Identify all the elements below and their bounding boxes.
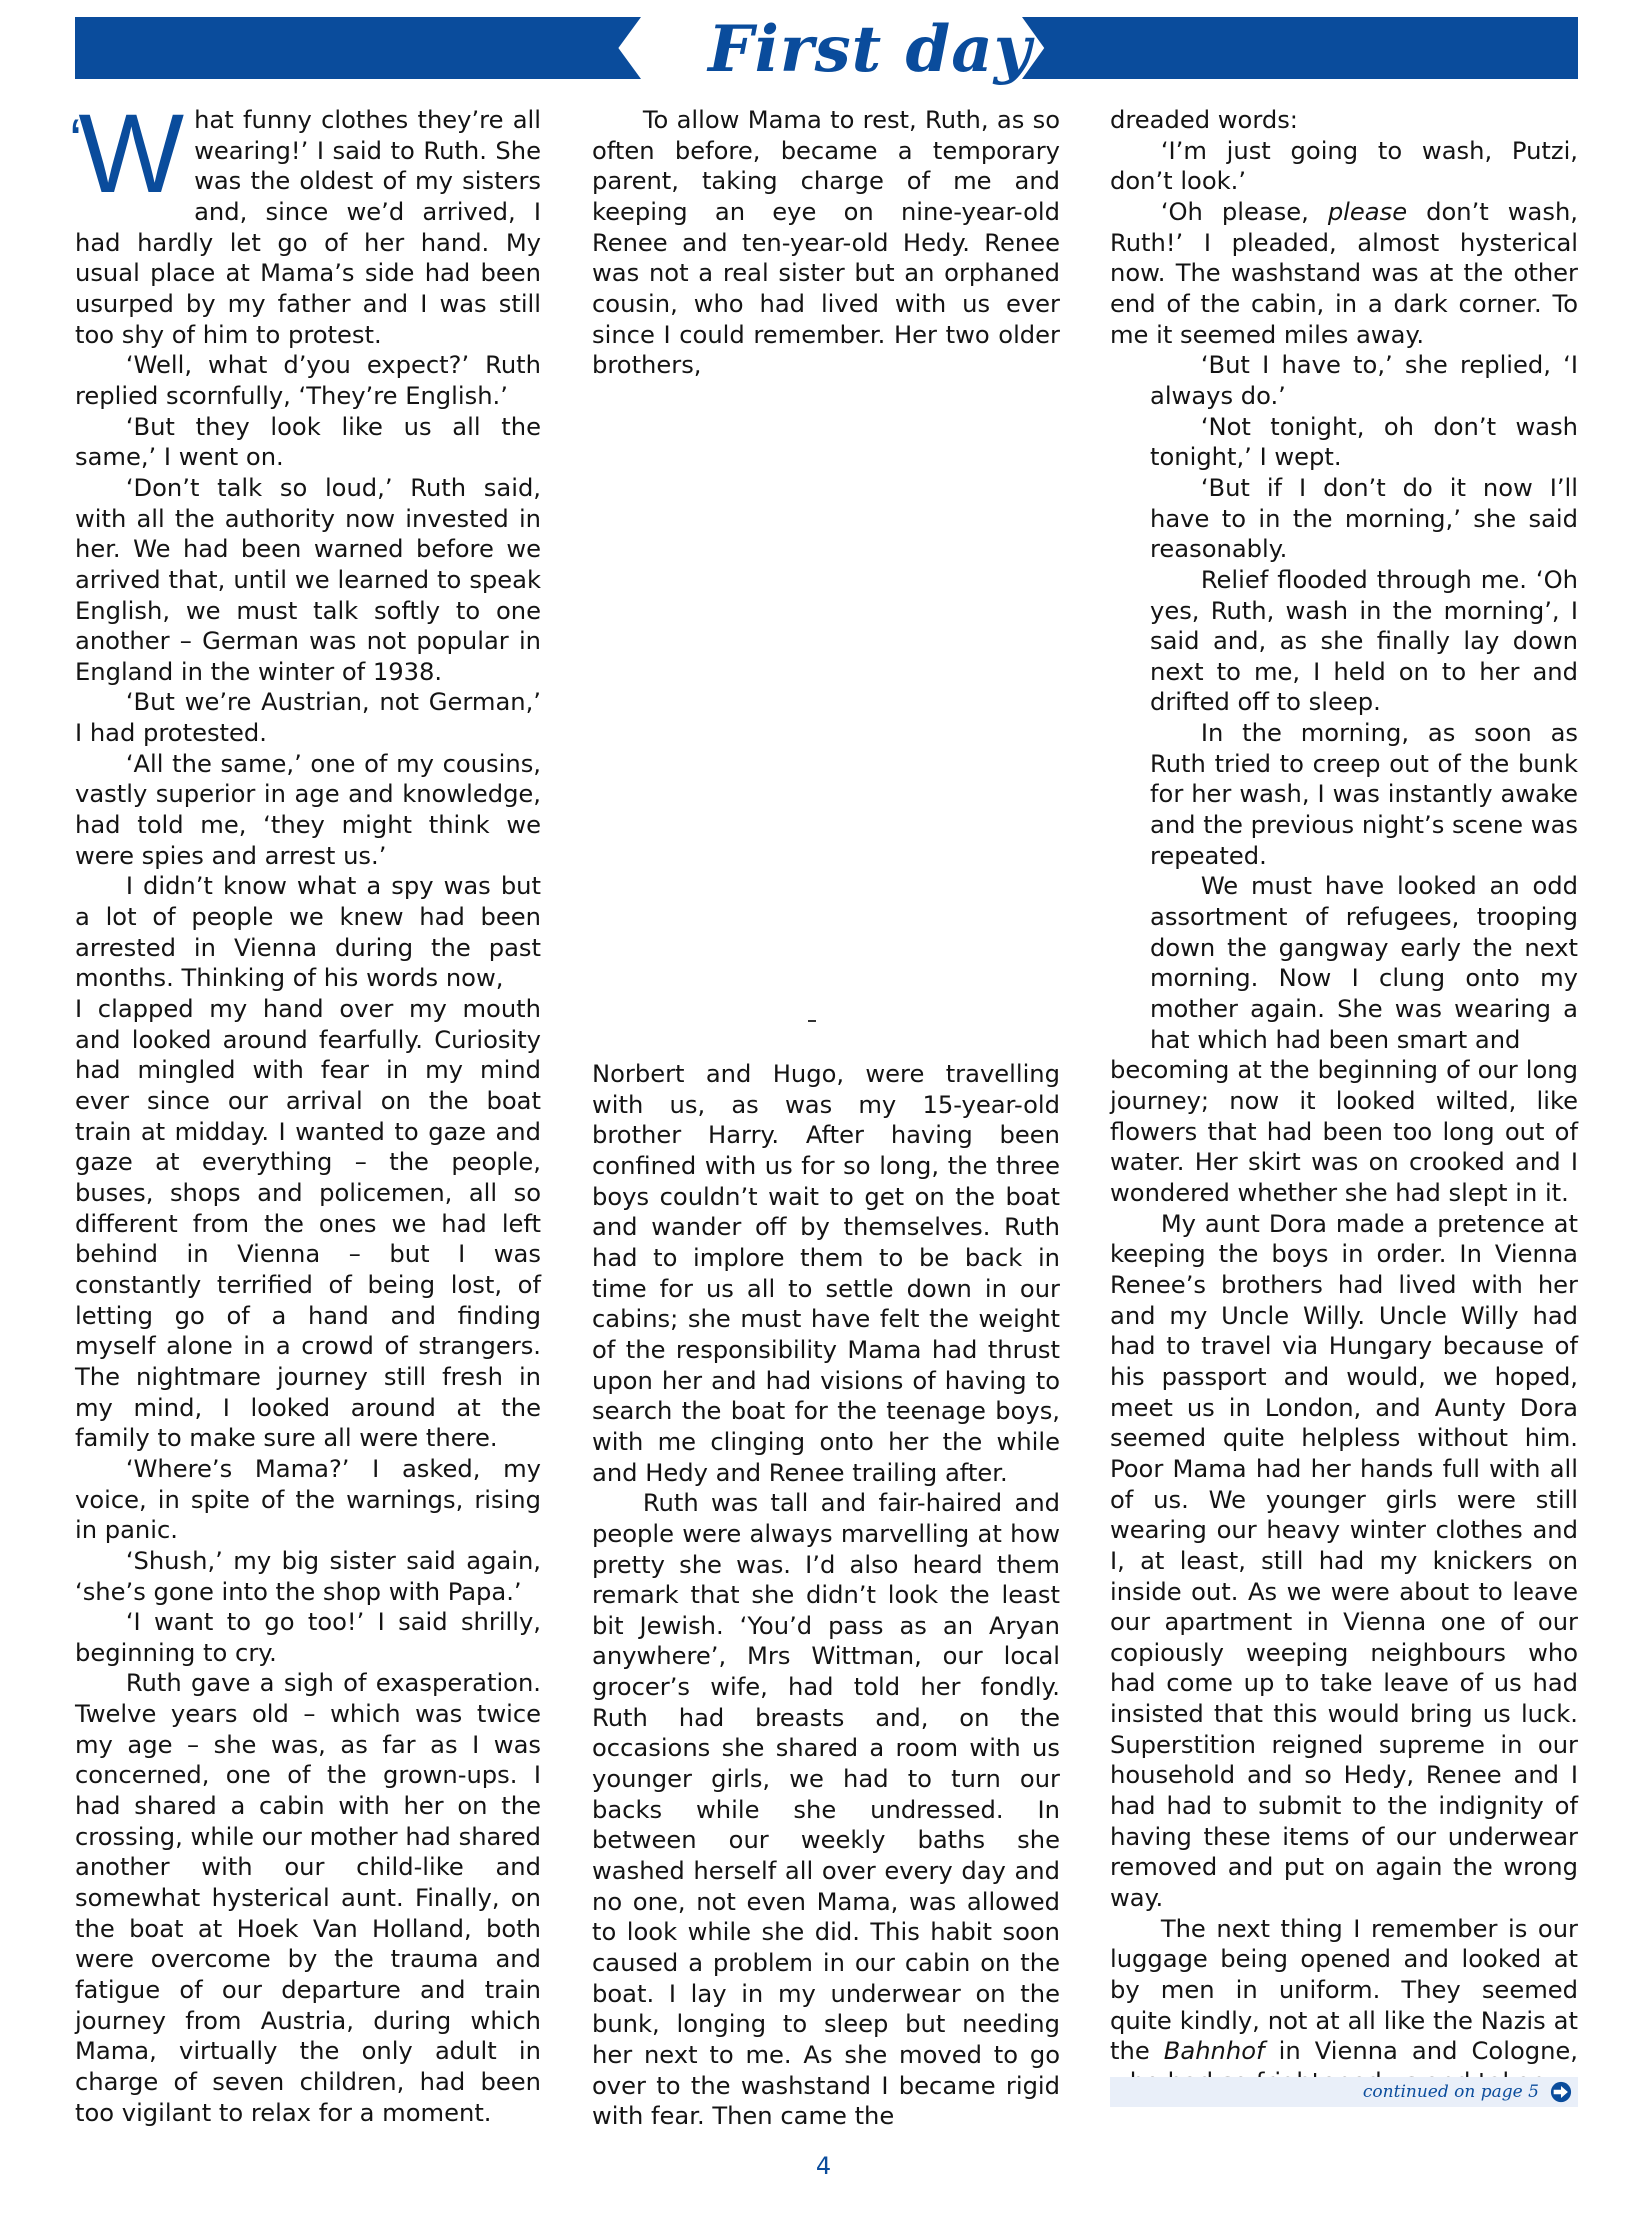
- paragraph: becoming at the beginning of our long jo…: [1110, 1055, 1578, 1208]
- page-title: First day: [675, 5, 1065, 95]
- paragraph: ‘Don’t talk so loud,’ Ruth said, with al…: [75, 473, 541, 688]
- paragraph: ‘Where’s Mama?’ I asked, my voice, in sp…: [75, 1454, 541, 1546]
- page-number: 4: [0, 2152, 1647, 2180]
- drop-cap: ‘W: [69, 111, 184, 197]
- text-wrap-region: ‘But I have to,’ she replied, ‘I always …: [1150, 350, 1578, 1055]
- article-column-3: dreaded words: ‘I’m just going to wash, …: [1110, 105, 1578, 2098]
- arrow-right-circle-icon: [1550, 2081, 1572, 2103]
- paragraph: ‘But I have to,’ she replied, ‘I always …: [1150, 350, 1578, 411]
- paragraph: I clapped my hand over my mouth and look…: [75, 994, 541, 1454]
- paragraph: ‘I want to go too!’ I said shrilly, begi…: [75, 1607, 541, 1668]
- paragraph: Ruth gave a sigh of exasperation. Twelve…: [75, 1668, 541, 2128]
- paragraph: ‘Not tonight, oh don’t wash tonight,’ I …: [1150, 412, 1578, 473]
- paragraph: We must have looked an odd assortment of…: [1150, 871, 1578, 1055]
- continued-on-next-page-link[interactable]: continued on page 5: [1110, 2077, 1578, 2107]
- paragraph: Relief flooded through me. ‘Oh yes, Ruth…: [1150, 565, 1578, 718]
- paragraph: I didn’t know what a spy was but a lot o…: [75, 871, 541, 994]
- paragraph: ‘But if I don’t do it now I’ll have to i…: [1150, 473, 1578, 565]
- paragraph: ‘But we’re Austrian, not German,’ I had …: [75, 687, 541, 748]
- article-column-2-bottom: Norbert and Hugo, were travelling with u…: [592, 1059, 1060, 2132]
- paragraph: ‘But they look like us all the same,’ I …: [75, 412, 541, 473]
- paragraph: In the morning, as soon as Ruth tried to…: [1150, 718, 1578, 871]
- continued-label: continued on page 5: [1363, 2082, 1539, 2102]
- header-banner: First day: [75, 17, 1578, 79]
- banner-left-ribbon: [75, 17, 641, 79]
- paragraph: To allow Mama to rest, Ruth, as so often…: [592, 105, 1060, 381]
- paragraph: ‘What funny clothes they’re all wearing!…: [75, 105, 541, 350]
- paragraph: My aunt Dora made a pretence at keeping …: [1110, 1209, 1578, 1914]
- paragraph: ‘Oh please, please don’t wash, Ruth!’ I …: [1110, 197, 1578, 350]
- paragraph: ‘I’m just going to wash, Putzi, don’t lo…: [1110, 136, 1578, 197]
- paragraph: ‘Well, what d’you expect?’ Ruth replied …: [75, 350, 541, 411]
- paragraph: Norbert and Hugo, were travelling with u…: [592, 1059, 1060, 1488]
- banner-right-ribbon: [1022, 17, 1578, 79]
- article-column-1: ‘What funny clothes they’re all wearing!…: [75, 105, 541, 2128]
- paragraph: The next thing I remember is our luggage…: [1110, 1914, 1578, 2098]
- paragraph: Ruth was tall and fair-haired and people…: [592, 1488, 1060, 2132]
- article-column-2-top: To allow Mama to rest, Ruth, as so often…: [592, 105, 1060, 381]
- paragraph: ‘All the same,’ one of my cousins, vastl…: [75, 749, 541, 872]
- paragraph: ‘Shush,’ my big sister said again, ‘she’…: [75, 1546, 541, 1607]
- paragraph: dreaded words:: [1110, 105, 1578, 136]
- stray-mark: [808, 1020, 816, 1022]
